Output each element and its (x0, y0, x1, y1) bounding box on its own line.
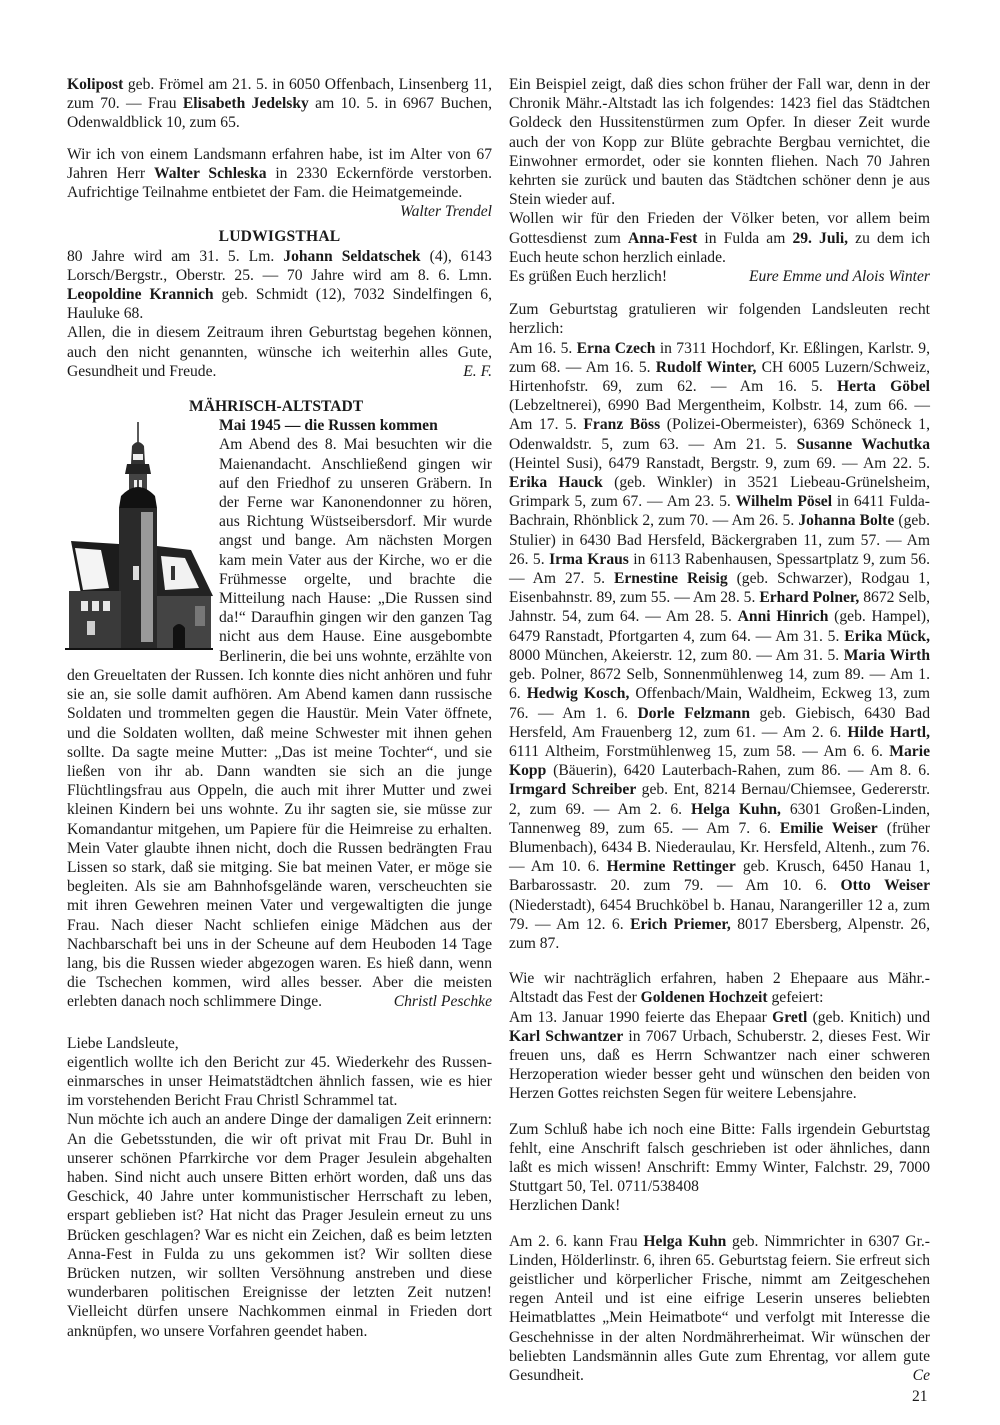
church-tower-icon (61, 416, 216, 654)
letter-greeting: Es grüßen Euch herzlich!Eure Emme und Al… (509, 267, 930, 286)
bold-name: Johanna Bolte (798, 512, 894, 529)
bold-name: Irmgard Schreiber (509, 781, 636, 798)
ludwigsthal-wishes: Allen, die in diesem Zeitraum ihren Gebu… (67, 323, 492, 381)
bold-name: Marie Kopp (509, 743, 930, 779)
bold-name: Otto Weiser (841, 877, 930, 894)
signature-christl-peschke: Christl Peschke (394, 992, 492, 1011)
bold-name: Rudolf Winter, (656, 359, 757, 376)
bold-name: Franz Böss (583, 416, 660, 433)
bold-name: Anna-Fest (628, 230, 697, 247)
bold-name: Hilde Hartl, (847, 724, 930, 741)
bold-name: Goldenen Hochzeit (641, 989, 768, 1006)
left-column: Kolipost geb. Frömel am 21. 5. in 6050 O… (67, 75, 492, 1341)
request-paragraph: Zum Schluß habe ich noch eine Bitte: Fal… (509, 1120, 930, 1197)
section-heading-maehrisch-altstadt: MÄHRISCH-ALTSTADT (67, 397, 492, 416)
birthday-intro: Zum Geburtstag gratulieren wir folgenden… (509, 300, 930, 338)
bold-name: Susanne Wachutka (797, 436, 930, 453)
bold-name: Leopoldine Krannich (67, 286, 214, 303)
letter-paragraph-2: Nun möchte ich auch an andere Dinge der … (67, 1110, 492, 1340)
letter-paragraph-1: eigentlich wollte ich den Bericht zur 45… (67, 1053, 492, 1111)
bold-name: Erhard Polner, (759, 589, 859, 606)
bold-name: Dorle Felzmann (637, 705, 750, 722)
bold-name: Hedwig Kosch, (527, 685, 630, 702)
right-column: Ein Beispiel zeigt, daß dies schon frühe… (509, 75, 930, 1385)
bold-name: Kolipost (67, 76, 123, 93)
bold-name: Helga Kuhn, (691, 801, 781, 818)
obituary-paragraph: Wir ich von einem Landsmann erfahren hab… (67, 145, 492, 203)
bold-name: Maria Wirth (844, 647, 930, 664)
signature-walter-trendel: Walter Trendel (67, 202, 492, 221)
bold-name: Elisabeth Jedelsky (183, 95, 309, 112)
bold-name: Ernestine Reisig (614, 570, 728, 587)
bold-name: Gretl (772, 1009, 807, 1026)
ludwigsthal-birthdays: 80 Jahre wird am 31. 5. Lm. Johann Selda… (67, 247, 492, 324)
bold-name: Erika Hauck (509, 474, 603, 491)
bold-name: 29. Juli, (792, 230, 848, 247)
birthday-list: Am 16. 5. Erna Czech in 7311 Hochdorf, K… (509, 339, 930, 954)
article-russen-kommen: Mai 1945 — die Russen kommen Am Abend de… (67, 416, 492, 1011)
signature-ce: Ce (913, 1366, 930, 1385)
bold-name: Emi­lie Weiser (780, 820, 878, 837)
section-heading-ludwigsthal: LUDWIGSTHAL (67, 227, 492, 246)
bold-name: Anni Hinrich (738, 608, 829, 625)
bold-name: Wilhelm Pösel (736, 493, 832, 510)
letter-chronicle-paragraph: Ein Beispiel zeigt, daß dies schon frühe… (509, 75, 930, 209)
signature-emme-alois-winter: Eure Emme und Alois Winter (749, 267, 930, 286)
bold-name: Herta Gö­bel (837, 378, 930, 395)
bold-name: Irma Kraus (549, 551, 629, 568)
golden-wedding-detail: Am 13. Januar 1990 feierte das Ehepaar G… (509, 1008, 930, 1104)
signature-ef: E. F. (463, 362, 492, 381)
obituary-birthday-intro: Kolipost geb. Frömel am 21. 5. in 6050 O… (67, 75, 492, 133)
bold-name: Hermine Rettinger (607, 858, 736, 875)
bold-name: Erna Czech (577, 340, 656, 357)
bold-name: Johann Seldatschek (283, 248, 420, 265)
page-number: 21 (912, 1388, 928, 1406)
bold-name: Helga Kuhn (643, 1233, 726, 1250)
bold-name: Walter Schleska (154, 165, 267, 182)
letter-anna-fest-paragraph: Wollen wir für den Frieden der Völker be… (509, 209, 930, 267)
thanks-line: Herzlichen Dank! (509, 1196, 930, 1215)
helga-kuhn-birthday: Am 2. 6. kann Frau Helga Kuhn geb. Nimmr… (509, 1232, 930, 1386)
bold-name: Erich Priemer, (630, 916, 731, 933)
bold-name: Erika Mück, (844, 628, 930, 645)
bold-name: Karl Schwantzer (509, 1028, 623, 1045)
church-illustration (61, 416, 216, 654)
golden-wedding-intro: Wie wir nachträglich erfahren, haben 2 E… (509, 969, 930, 1007)
letter-salutation: Liebe Landsleute, (67, 1034, 492, 1053)
